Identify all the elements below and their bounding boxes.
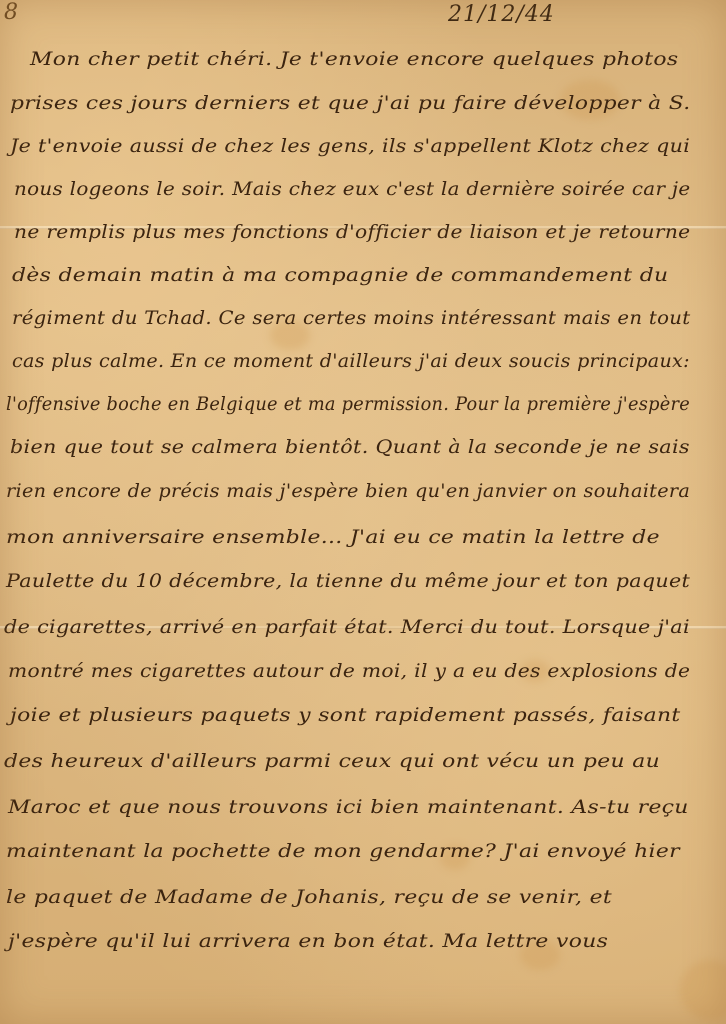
letter-line: j'espère qu'il lui arrivera en bon état.… <box>8 930 608 952</box>
letter-line: Mon cher petit chéri. Je t'envoie encore… <box>30 48 678 70</box>
letter-line: ne remplis plus mes fonctions d'officier… <box>14 221 690 243</box>
paper-stain <box>680 960 726 1020</box>
letter-line: des heureux d'ailleurs parmi ceux qui on… <box>4 750 660 772</box>
letter-line: régiment du Tchad. Ce sera certes moins … <box>12 307 690 329</box>
letter-line: Paulette du 10 décembre, la tienne du mê… <box>6 570 690 592</box>
letter-date: 21/12/44 <box>448 2 555 27</box>
letter-line: nous logeons le soir. Mais chez eux c'es… <box>14 178 690 200</box>
letter-page: 8 21/12/44 Mon cher petit chéri. Je t'en… <box>0 0 726 1024</box>
letter-line: Je t'envoie aussi de chez les gens, ils … <box>10 135 690 157</box>
letter-line: mon anniversaire ensemble... J'ai eu ce … <box>6 526 660 548</box>
letter-line: cas plus calme. En ce moment d'ailleurs … <box>12 350 690 372</box>
page-number: 8 <box>4 0 18 25</box>
letter-line: de cigarettes, arrivé en parfait état. M… <box>4 616 690 638</box>
letter-line: l'offensive boche en Belgique et ma perm… <box>6 393 690 415</box>
letter-line: maintenant la pochette de mon gendarme? … <box>6 840 680 862</box>
letter-line: montré mes cigarettes autour de moi, il … <box>8 660 690 682</box>
letter-line: le paquet de Madame de Johanis, reçu de … <box>6 886 612 908</box>
letter-line: rien encore de précis mais j'espère bien… <box>6 480 690 502</box>
letter-line: Maroc et que nous trouvons ici bien main… <box>8 796 689 818</box>
letter-line: joie et plusieurs paquets y sont rapidem… <box>10 704 681 726</box>
letter-line: dès demain matin à ma compagnie de comma… <box>12 264 668 286</box>
letter-line: prises ces jours derniers et que j'ai pu… <box>10 92 691 114</box>
letter-line: bien que tout se calmera bientôt. Quant … <box>10 436 690 458</box>
